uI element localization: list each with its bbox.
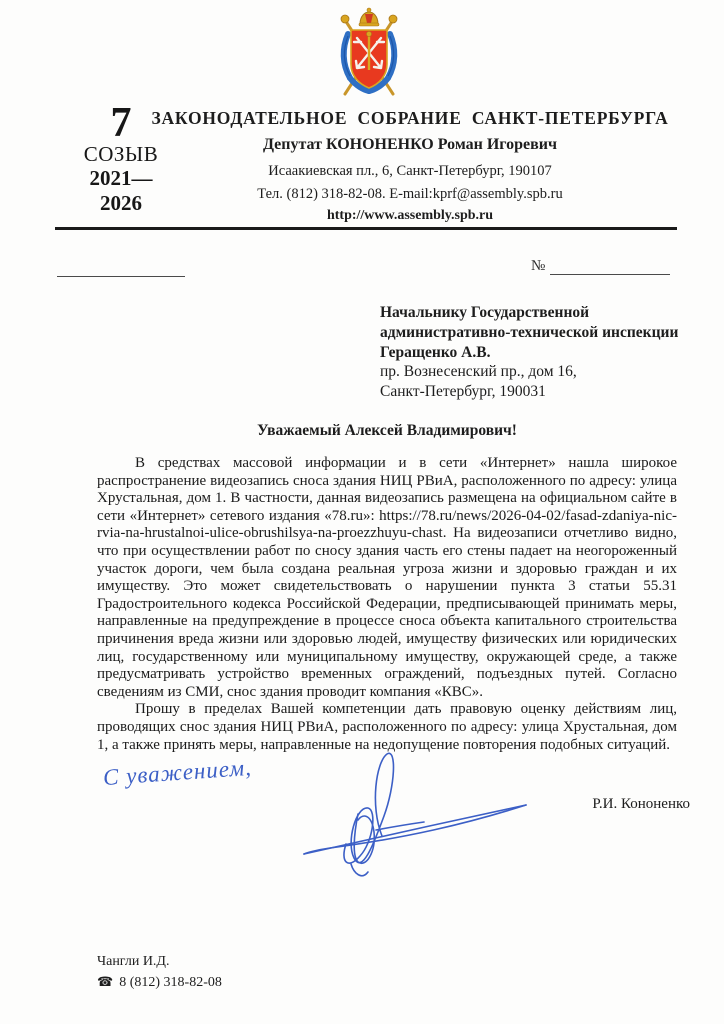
scanned-letter-page: 7 СОЗЫВ 2021— 2026 ЗАКОНОДАТЕЛЬНОЕ СОБРА…: [0, 0, 724, 1024]
letterhead-divider: [55, 227, 677, 230]
addressee-line: пр. Вознесенский пр., дом 16,: [380, 362, 680, 382]
addressee-line: Геращенко А.В.: [380, 343, 680, 363]
letterhead-address: Исаакиевская пл., 6, Санкт-Петербург, 19…: [150, 163, 670, 180]
letter-body: В средствах массовой информации и в сети…: [97, 455, 677, 754]
reference-number-blank-line: [550, 274, 670, 275]
signer-name: Р.И. Кононенко: [555, 796, 690, 813]
deputy-name-line: Депутат КОНОНЕНКО Роман Игоревич: [150, 136, 670, 154]
date-blank-line: [57, 276, 185, 277]
handwritten-valediction: С уважением,: [102, 755, 252, 791]
letterhead-contacts: Тел. (812) 318-82-08. E-mail:kprf@assemb…: [150, 186, 670, 203]
saint-petersburg-coat-of-arms-icon: [330, 6, 408, 106]
executor-phone-line: ☎8 (812) 318-82-08: [97, 974, 222, 991]
reference-number-label: №: [531, 258, 545, 275]
body-paragraph-1: В средствах массовой информации и в сети…: [97, 455, 677, 701]
addressee-line: Начальнику Государственной: [380, 303, 680, 323]
executor-phone: 8 (812) 318-82-08: [119, 975, 222, 990]
signature-scribble: [296, 744, 540, 896]
letterhead: ЗАКОНОДАТЕЛЬНОЕ СОБРАНИЕ САНКТ-ПЕТЕРБУРГ…: [150, 108, 670, 224]
addressee-line: административно-технической инспекции: [380, 323, 680, 343]
organization-title: ЗАКОНОДАТЕЛЬНОЕ СОБРАНИЕ САНКТ-ПЕТЕРБУРГ…: [150, 108, 670, 129]
addressee-block: Начальнику Государственной административ…: [380, 303, 680, 402]
addressee-line: Санкт-Петербург, 190031: [380, 382, 680, 402]
salutation: Уважаемый Алексей Владимирович!: [97, 422, 677, 440]
executor-name: Чангли И.Д.: [97, 954, 169, 970]
letterhead-website: http://www.assembly.spb.ru: [150, 208, 670, 224]
telephone-icon: ☎: [97, 974, 113, 989]
